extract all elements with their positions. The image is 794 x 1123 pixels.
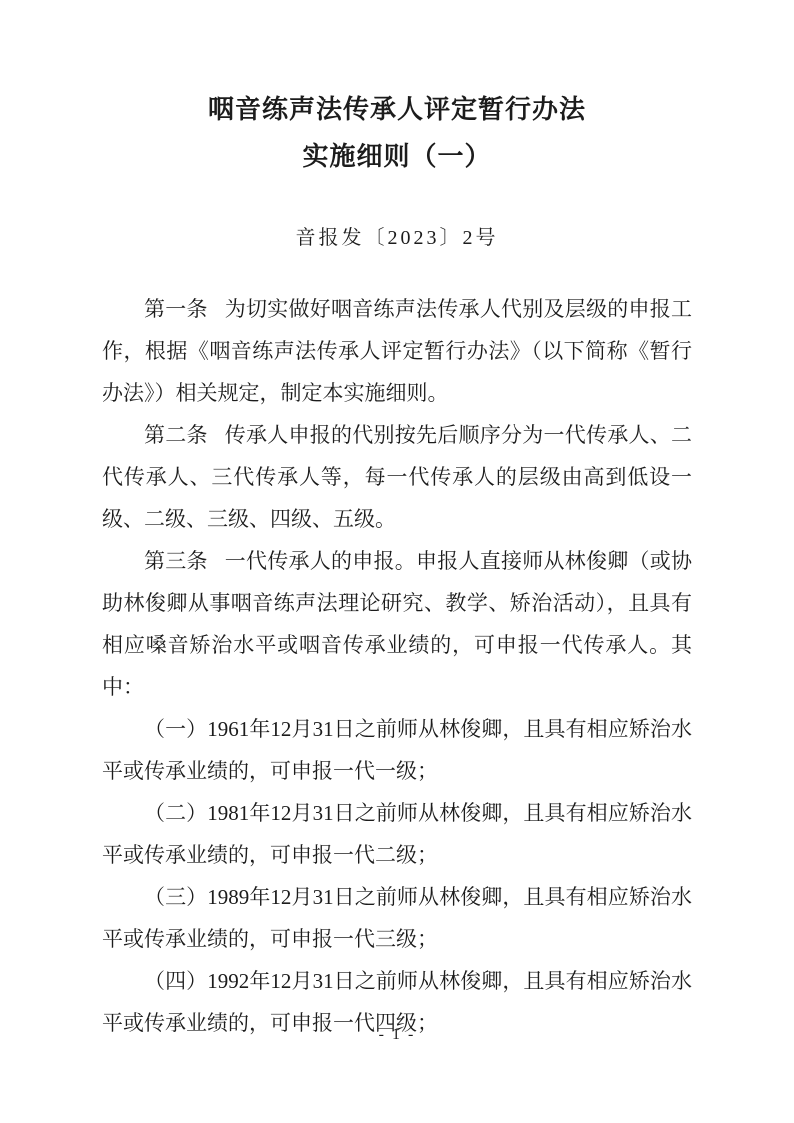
- page-number: - 1 -: [0, 1026, 794, 1044]
- document-body: 第一条为切实做好咽音练声法传承人代别及层级的申报工作，根据《咽音练声法传承人评定…: [102, 288, 692, 1044]
- item-paragraph-3: （三）1989年12月31日之前师从林俊卿，且具有相应矫治水平或传承业绩的，可申…: [102, 876, 692, 960]
- item-3-label: （三）: [144, 885, 207, 909]
- document-title-line1: 咽音练声法传承人评定暂行办法: [102, 86, 692, 133]
- article-2-label: 第二条: [144, 423, 208, 447]
- item-paragraph-2: （二）1981年12月31日之前师从林俊卿，且具有相应矫治水平或传承业绩的，可申…: [102, 792, 692, 876]
- document-number: 音报发〔2023〕2号: [102, 226, 692, 250]
- document-title-line2: 实施细则（一）: [102, 133, 692, 180]
- document-page: 咽音练声法传承人评定暂行办法 实施细则（一） 音报发〔2023〕2号 第一条为切…: [0, 0, 794, 1123]
- item-4-label: （四）: [144, 969, 207, 993]
- item-1-label: （一）: [144, 717, 207, 741]
- article-paragraph-1: 第一条为切实做好咽音练声法传承人代别及层级的申报工作，根据《咽音练声法传承人评定…: [102, 288, 692, 414]
- article-paragraph-2: 第二条传承人申报的代别按先后顺序分为一代传承人、二代传承人、三代传承人等，每一代…: [102, 414, 692, 540]
- article-1-label: 第一条: [144, 297, 208, 321]
- item-2-label: （二）: [144, 801, 207, 825]
- item-paragraph-1: （一）1961年12月31日之前师从林俊卿，且具有相应矫治水平或传承业绩的，可申…: [102, 708, 692, 792]
- article-3-label: 第三条: [144, 549, 208, 573]
- article-paragraph-3: 第三条一代传承人的申报。申报人直接师从林俊卿（或协助林俊卿从事咽音练声法理论研究…: [102, 540, 692, 708]
